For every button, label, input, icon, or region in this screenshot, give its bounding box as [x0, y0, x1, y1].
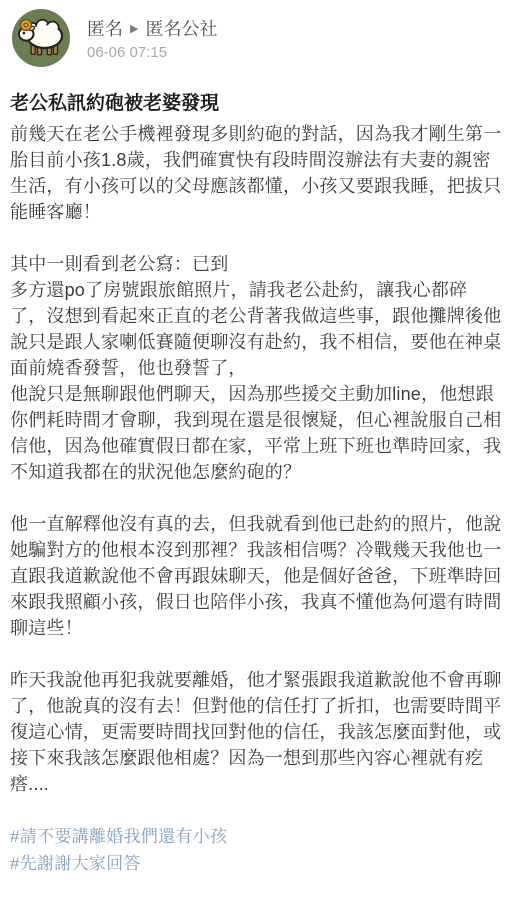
post-header: 匿名 ▶ 匿名公社 06-06 07:15: [10, 9, 502, 67]
breadcrumb-arrow-icon: ▶: [130, 18, 138, 40]
header-meta: 匿名 ▶ 匿名公社 06-06 07:15: [87, 9, 217, 62]
post-paragraph: 其中一則看到老公寫：已到 多方還po了房號跟旅館照片，請我老公赴約，讓我心都碎了…: [10, 251, 502, 485]
hashtag-link[interactable]: #先謝謝大家回答: [10, 850, 502, 877]
post-paragraph: 前幾天在老公手機裡發現多則約砲的對話，因為我才剛生第一胎目前小孩1.8歲，我們確…: [10, 121, 502, 225]
post-title: 老公私訊約砲被老婆發現: [10, 91, 502, 116]
hashtag-list: #請不要講離婚我們還有小孩 #先謝謝大家回答: [10, 823, 502, 877]
author-row: 匿名 ▶ 匿名公社: [87, 18, 217, 40]
hashtag-link[interactable]: #請不要講離婚我們還有小孩: [10, 823, 502, 850]
post-timestamp: 06-06 07:15: [87, 43, 217, 62]
author-name[interactable]: 匿名: [87, 18, 123, 40]
post-card: 匿名 ▶ 匿名公社 06-06 07:15 老公私訊約砲被老婆發現 前幾天在老公…: [0, 0, 512, 897]
post-body: 前幾天在老公手機裡發現多則約砲的對話，因為我才剛生第一胎目前小孩1.8歲，我們確…: [10, 121, 502, 797]
post-paragraph: 昨天我說他再犯我就要離婚，他才緊張跟我道歉說他不會再聊了，他說真的沒有去！但對他…: [10, 667, 502, 797]
post-paragraph: 他一直解釋他沒有真的去，但我就看到他已赴約的照片，他說她騙對方的他根本沒到那裡？…: [10, 511, 502, 641]
avatar[interactable]: [12, 9, 70, 67]
ram-icon: [12, 9, 70, 67]
board-name[interactable]: 匿名公社: [145, 18, 217, 40]
